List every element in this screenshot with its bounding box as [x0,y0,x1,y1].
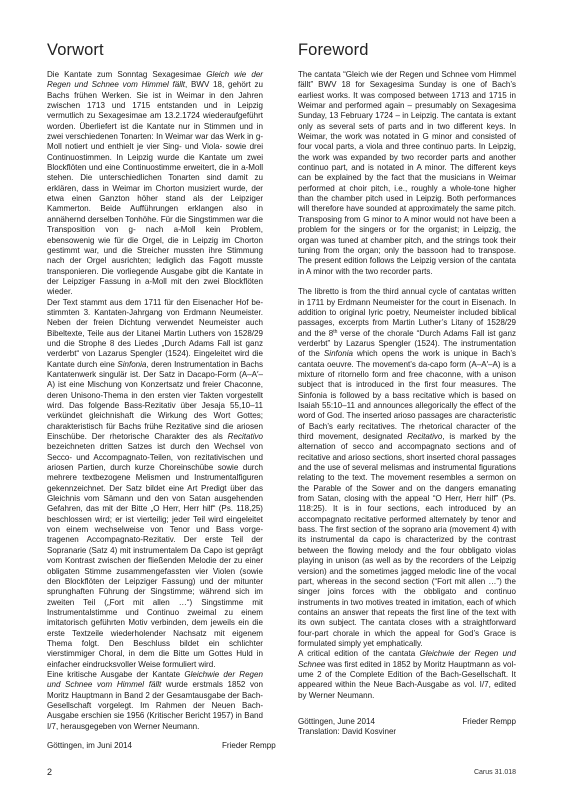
german-paragraph-2: Der Text stammt aus dem 1711 für den Eis… [47,298,263,670]
english-paragraph-3: A critical edition of the cantata Gleich… [298,649,516,701]
german-paragraph-3: Eine kritische Ausgabe der Kantate Gleic… [47,670,263,732]
english-paragraph-1: The cantata “Gleich wie der Regen und Sc… [298,70,516,277]
superscript: th [333,329,337,335]
italic-title: Recitativo [228,432,263,441]
english-title: Foreword [298,41,369,60]
english-body: The cantata “Gleich wie der Regen und Sc… [298,70,516,701]
english-place-date: Göttingen, June 2014 [298,717,375,727]
german-title: Vorwort [47,41,104,60]
italic-title: Recitativo [407,432,442,441]
italic-title: Gleichwie der Regen und Schnee [298,649,516,668]
catalog-number: Carus 31.018 [474,769,516,776]
italic-title: Sinfonia [324,349,353,358]
english-paragraph-2: The libretto is from the third annual cy… [298,287,516,649]
italic-title: Gleich wie der Regen und Schnee vom Himm… [47,70,263,89]
page-number: 2 [47,767,52,777]
german-body: Die Kantate zum Sonntag Sexagesimae Glei… [47,70,263,732]
english-translation-credit: Translation: David Kosviner [298,727,396,737]
english-author: Frieder Rempp [462,717,516,727]
german-paragraph-1: Die Kantate zum Sonntag Sexagesimae Glei… [47,70,263,298]
german-place-date: Göttingen, im Juni 2014 [47,741,132,751]
italic-title: Sinfonia [117,360,146,369]
german-author: Frieder Rempp [222,741,276,751]
italic-title: Gleichwie der Regen und Schnee vom Himme… [47,670,263,689]
